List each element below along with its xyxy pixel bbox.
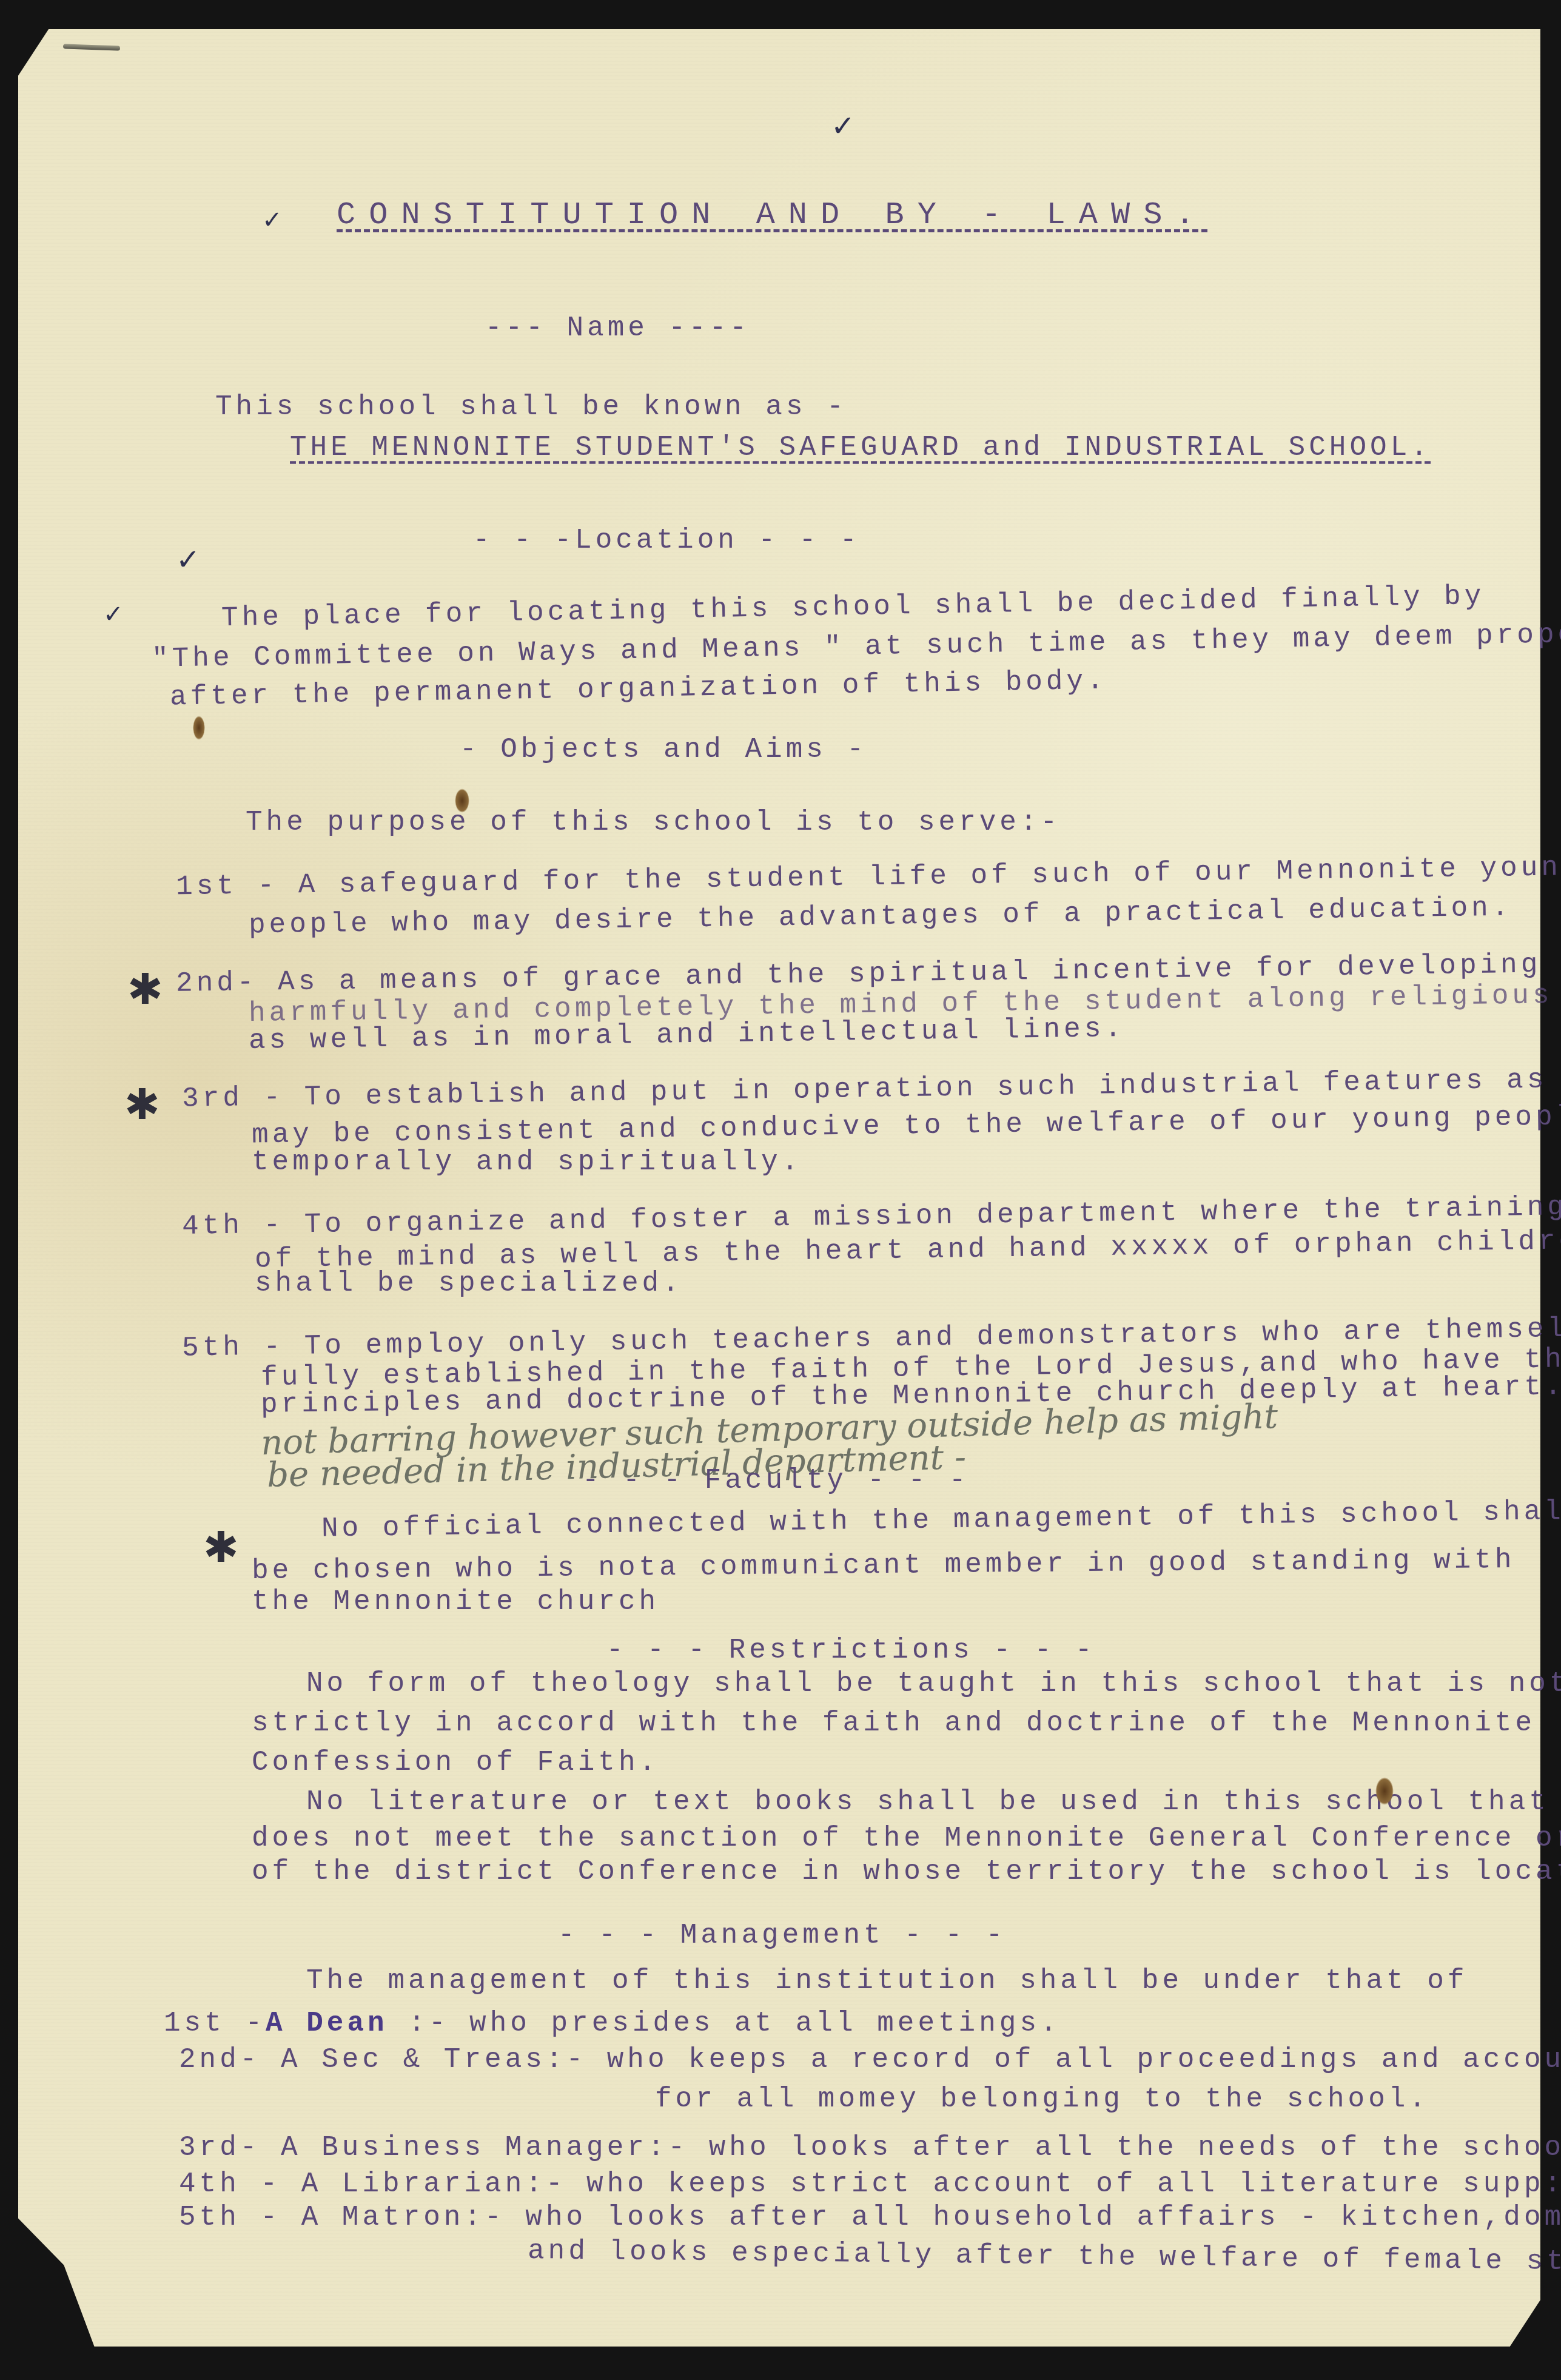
restrictions-line: No literature or text books shall be use… <box>306 1786 1549 1818</box>
name-intro: This school shall be known as - <box>215 391 847 423</box>
ink-stain <box>1375 1777 1394 1805</box>
asterisk-mark-icon: ✱ <box>203 1522 239 1572</box>
ink-stain <box>193 716 205 740</box>
section-heading-objects: - Objects and Aims - <box>460 734 867 765</box>
asterisk-mark-icon: ✱ <box>127 964 163 1014</box>
officer-sec-treas-cont: for all momey belonging to the school. <box>655 2083 1429 2115</box>
asterisk-mark-icon: ✱ <box>124 1080 160 1129</box>
objects-intro: The purpose of this school is to serve:- <box>246 807 1061 838</box>
officer-matron: 5th - A Matron:- who looks after all hou… <box>179 2202 1561 2233</box>
check-mark-icon: ✓ <box>103 600 124 628</box>
objects-item-4-cont: shall be specialized. <box>255 1268 683 1299</box>
restrictions-line: strictly in accord with the faith and do… <box>252 1707 1536 1739</box>
objects-item-3-cont: temporally and spiritually. <box>252 1146 802 1178</box>
section-heading-management: - - - Management - - - <box>558 1920 1006 1951</box>
officer-librarian: 4th - A Librarian:- who keeps strict acc… <box>179 2168 1561 2200</box>
document-title: CONSTITUTION AND BY - LAWS. <box>337 197 1208 233</box>
officer-sec-treas: 2nd- A Sec & Treas:- who keeps a record … <box>179 2044 1561 2076</box>
section-heading-location: - - -Location - - - <box>473 525 861 556</box>
section-heading-name: --- Name ---- <box>485 312 750 344</box>
officer-dean: 1st -A Dean :- who presides at all meeti… <box>164 2008 1061 2039</box>
faculty-line: the Mennonite church <box>252 1586 659 1618</box>
check-mark-icon: ✓ <box>831 109 855 143</box>
check-mark-icon: ✓ <box>176 543 200 577</box>
restrictions-line: of the district Conference in whose terr… <box>252 1856 1561 1888</box>
check-mark-icon: ✓ <box>262 206 283 234</box>
section-heading-faculty: - - - Faculty - - - <box>582 1465 970 1496</box>
officer-business-manager: 3rd- A Business Manager:- who looks afte… <box>179 2132 1561 2163</box>
management-intro: The management of this institution shall… <box>306 1965 1468 1997</box>
school-name: THE MENNONITE STUDENT'S SAFEGUARD and IN… <box>290 432 1431 463</box>
restrictions-line: No form of theology shall be taught in t… <box>306 1668 1561 1699</box>
section-heading-restrictions: - - - Restrictions - - - <box>606 1635 1096 1666</box>
restrictions-line: does not meet the sanction of the Mennon… <box>252 1823 1561 1854</box>
restrictions-line: Confession of Faith. <box>252 1747 659 1778</box>
